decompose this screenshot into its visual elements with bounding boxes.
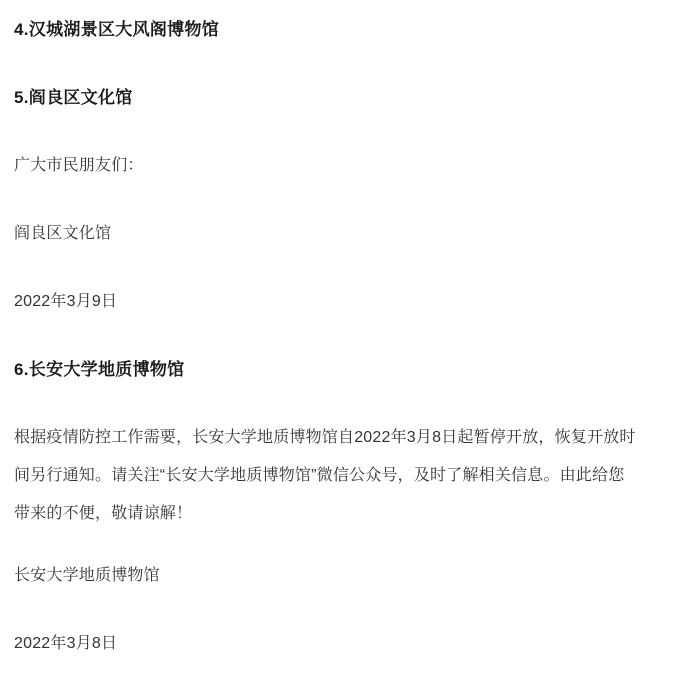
- section5-signature: 阎良区文化馆: [14, 215, 642, 253]
- notice-line-3: 带来的不便，敬请谅解！: [14, 495, 642, 533]
- section5-date: 2022年3月9日: [14, 283, 642, 321]
- section6-notice-paragraph: 根据疫情防控工作需要，长安大学地质博物馆自2022年3月8日起暂停开放，恢复开放…: [14, 419, 642, 533]
- notice-article: 4.汉城湖景区大风阁博物馆 5.阎良区文化馆 广大市民朋友们： 阎良区文化馆 2…: [0, 0, 688, 663]
- notice-line-2: 间另行通知。请关注“长安大学地质博物馆”微信公众号，及时了解相关信息。由此给您: [14, 457, 642, 495]
- section6-date: 2022年3月8日: [14, 625, 642, 663]
- notice-line-1: 根据疫情防控工作需要，长安大学地质博物馆自2022年3月8日起暂停开放，恢复开放…: [14, 419, 642, 457]
- section5-salutation: 广大市民朋友们：: [14, 147, 642, 185]
- section4-heading: 4.汉城湖景区大风阁博物馆: [14, 11, 642, 49]
- section6-heading: 6.长安大学地质博物馆: [14, 351, 642, 389]
- section5-heading: 5.阎良区文化馆: [14, 79, 642, 117]
- section6-signature: 长安大学地质博物馆: [14, 557, 642, 595]
